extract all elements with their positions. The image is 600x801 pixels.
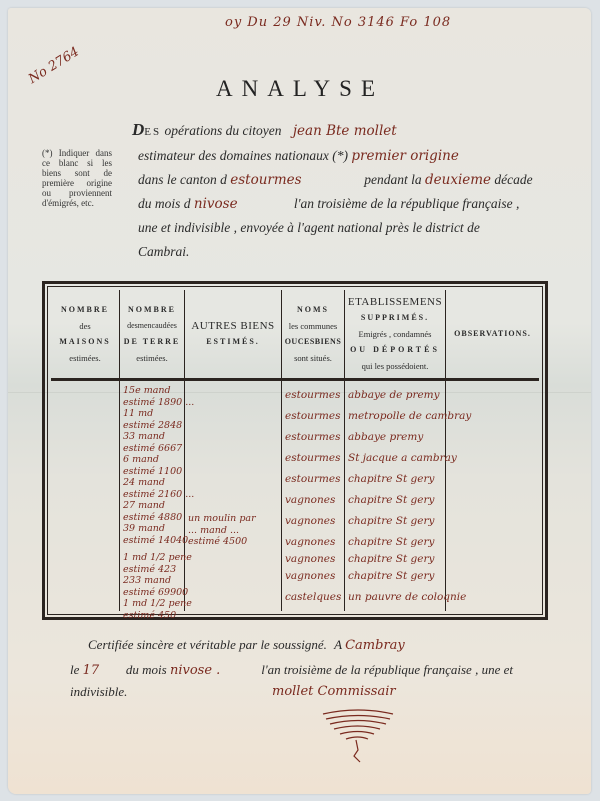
- entry: estourmes: [285, 385, 341, 406]
- intro-paragraph: DES opérations du citoyen jean Bte molle…: [132, 118, 550, 264]
- entry: 233 mand: [123, 575, 181, 587]
- header-line: ETABLISSEMENS: [348, 294, 442, 310]
- canton-value: estourmes: [230, 168, 350, 192]
- intro-line-3: dans le canton d estourmespendant la deu…: [132, 168, 550, 192]
- intro-line-5: une et indivisible , envoyée à l'agent n…: [132, 216, 550, 240]
- signature-flourish-icon: [318, 706, 398, 766]
- autres-biens-entries: un moulin par ... mand ... estimé 4500: [185, 381, 281, 552]
- small-caps: ES: [144, 126, 161, 138]
- intro-text: pendant la: [364, 172, 425, 187]
- intro-line-2: estimateur des domaines nationaux (*) pr…: [132, 144, 550, 168]
- entry: chapitre St gery: [348, 532, 442, 553]
- entry: estimé 450: [123, 610, 181, 622]
- entry: chapitre St gery: [348, 490, 442, 511]
- entry: chapitre St gery: [348, 511, 442, 532]
- entry: vagnones: [285, 490, 341, 511]
- header-line: SUPPRIMÉS.: [361, 310, 429, 326]
- cert-text: l'an troisième de la république français…: [261, 662, 513, 677]
- header-line: desmencaudées: [127, 318, 177, 334]
- header-line: sont situés.: [294, 350, 332, 366]
- intro-line-1: DES opérations du citoyen jean Bte molle…: [132, 118, 550, 144]
- intro-text: estimateur des domaines nationaux (*): [138, 148, 351, 163]
- intro-text: du mois d: [138, 196, 194, 211]
- entry: un moulin par: [188, 513, 278, 525]
- intro-text: l'an troisième de la république français…: [294, 196, 519, 211]
- side-footnote: (*) Indiquer dans ce blanc si les biens …: [42, 148, 112, 208]
- entry: estimé 69900: [123, 587, 181, 599]
- column-maisons: NOMBRE des MAISONS estimées.: [51, 290, 120, 611]
- column-etablissements: ETABLISSEMENS SUPPRIMÉS. Emigrés , conda…: [345, 290, 446, 611]
- column-communes: NOMS les communes OUCESBIENS sont situés…: [282, 290, 345, 611]
- entry: 6 mand: [123, 454, 181, 466]
- column-observations: OBSERVATIONS.: [446, 290, 539, 611]
- entry: 39 mand: [123, 523, 181, 535]
- terre-entries: 15e mand estimé 1890 ... 11 md estimé 28…: [120, 381, 184, 625]
- entry: abbaye premy: [348, 427, 442, 448]
- entry: vagnones: [285, 553, 341, 566]
- header-line: MAISONS: [59, 334, 110, 350]
- entry: estimé 2848: [123, 420, 181, 432]
- header-line: estimées.: [136, 350, 167, 366]
- intro-text: dans le canton d: [138, 172, 230, 187]
- communes-entries: estourmes estourmes estourmes estourmes …: [282, 381, 344, 612]
- header-autres-biens: AUTRES BIENS ESTIMÉS.: [185, 290, 281, 381]
- certification-line-2: le 17 du mois nivose . l'an troisième de…: [70, 662, 550, 678]
- header-line: OBSERVATIONS.: [454, 326, 531, 342]
- entry: St jacque a cambray: [348, 448, 442, 469]
- entry: estimé 6667: [123, 443, 181, 455]
- certification-line-3: indivisible.: [70, 684, 127, 700]
- entry: 1 md 1/2 pene: [123, 552, 181, 564]
- header-line: estimées.: [69, 350, 100, 366]
- header-line: NOMS: [297, 302, 329, 318]
- cert-text: A: [334, 637, 342, 652]
- entry: 15e mand: [123, 385, 181, 397]
- header-communes: NOMS les communes OUCESBIENS sont situés…: [282, 290, 344, 381]
- header-etablissements: ETABLISSEMENS SUPPRIMÉS. Emigrés , conda…: [345, 290, 445, 381]
- entry: 11 md: [123, 408, 181, 420]
- entry: 1 md 1/2 pene: [123, 598, 181, 610]
- etablissements-entries: abbaye de premy metropolle de cambray ab…: [345, 381, 445, 612]
- header-line: NOMBRE: [128, 302, 176, 318]
- entry: abbaye de premy: [348, 385, 442, 406]
- signature: mollet Commissair: [272, 684, 396, 699]
- entry: chapitre St gery: [348, 553, 442, 566]
- header-line: qui les possédoient.: [362, 358, 429, 374]
- entry: chapitre St gery: [348, 566, 442, 587]
- intro-text: opérations du citoyen: [161, 123, 285, 138]
- entry: 24 mand: [123, 477, 181, 489]
- entry: estourmes: [285, 406, 341, 427]
- document-title: ANALYSE: [0, 76, 600, 102]
- header-line: ESTIMÉS.: [206, 334, 260, 350]
- entry: 27 mand: [123, 500, 181, 512]
- entry: estimé 1100: [123, 466, 181, 478]
- header-line: OU DÉPORTÉS: [350, 342, 440, 358]
- citizen-name: jean Bte mollet: [293, 119, 397, 143]
- cert-text: Certifiée sincère et véritable par le so…: [88, 637, 327, 652]
- drop-capital: D: [132, 120, 144, 139]
- entry: estimé 14040: [123, 535, 181, 547]
- entry: vagnones: [285, 511, 341, 532]
- entry: metropolle de cambray: [348, 406, 442, 427]
- header-line: NOMBRE: [61, 302, 109, 318]
- entry: estimé 423: [123, 564, 181, 576]
- entry: estimé 4500: [188, 536, 278, 548]
- column-terre: NOMBRE desmencaudées DE TERRE estimées. …: [120, 290, 185, 611]
- entry: un pauvre de coloqnie: [348, 587, 442, 608]
- cert-text: du mois: [126, 662, 167, 677]
- intro-line-4: du mois d nivosel'an troisième de la rép…: [132, 192, 550, 216]
- entry: estourmes: [285, 448, 341, 469]
- header-line: des: [79, 318, 90, 334]
- entry: estimé 2160 ...: [123, 489, 181, 501]
- entry: ... mand ...: [188, 525, 278, 537]
- header-line: AUTRES BIENS: [191, 318, 274, 334]
- cert-text: le: [70, 662, 79, 677]
- certification-line-1: Certifiée sincère et véritable par le so…: [88, 637, 405, 653]
- header-line: les communes: [289, 318, 337, 334]
- cert-day: 17: [83, 663, 123, 678]
- cert-month: nivose .: [170, 663, 258, 678]
- header-observations: OBSERVATIONS.: [446, 290, 539, 381]
- header-line: Emigrés , condamnés: [359, 326, 432, 342]
- origin-value: premier origine: [351, 148, 458, 164]
- cert-place: Cambray: [345, 638, 405, 653]
- header-line: DE TERRE: [124, 334, 181, 350]
- month-value: nivose: [194, 192, 294, 216]
- header-line: OUCESBIENS: [285, 334, 342, 350]
- intro-line-6: Cambrai.: [132, 240, 550, 264]
- top-margin-annotation: oy Du 29 Niv. No 3146 Fo 108: [225, 15, 451, 30]
- entry: vagnones: [285, 566, 341, 587]
- entry: estimé 4880: [123, 512, 181, 524]
- entry: estimé 1890 ...: [123, 397, 181, 409]
- entry: chapitre St gery: [348, 469, 442, 490]
- header-maisons: NOMBRE des MAISONS estimées.: [51, 290, 119, 381]
- entry: castelques: [285, 587, 341, 608]
- entry: 33 mand: [123, 431, 181, 443]
- intro-text: décade: [491, 172, 533, 187]
- analysis-table: NOMBRE des MAISONS estimées. NOMBRE desm…: [42, 281, 548, 620]
- column-autres-biens: AUTRES BIENS ESTIMÉS. un moulin par ... …: [185, 290, 282, 611]
- header-terre: NOMBRE desmencaudées DE TERRE estimées.: [120, 290, 184, 381]
- entry: vagnones: [285, 532, 341, 553]
- entry: estourmes: [285, 427, 341, 448]
- decade-value: deuxieme: [425, 172, 491, 188]
- entry: estourmes: [285, 469, 341, 490]
